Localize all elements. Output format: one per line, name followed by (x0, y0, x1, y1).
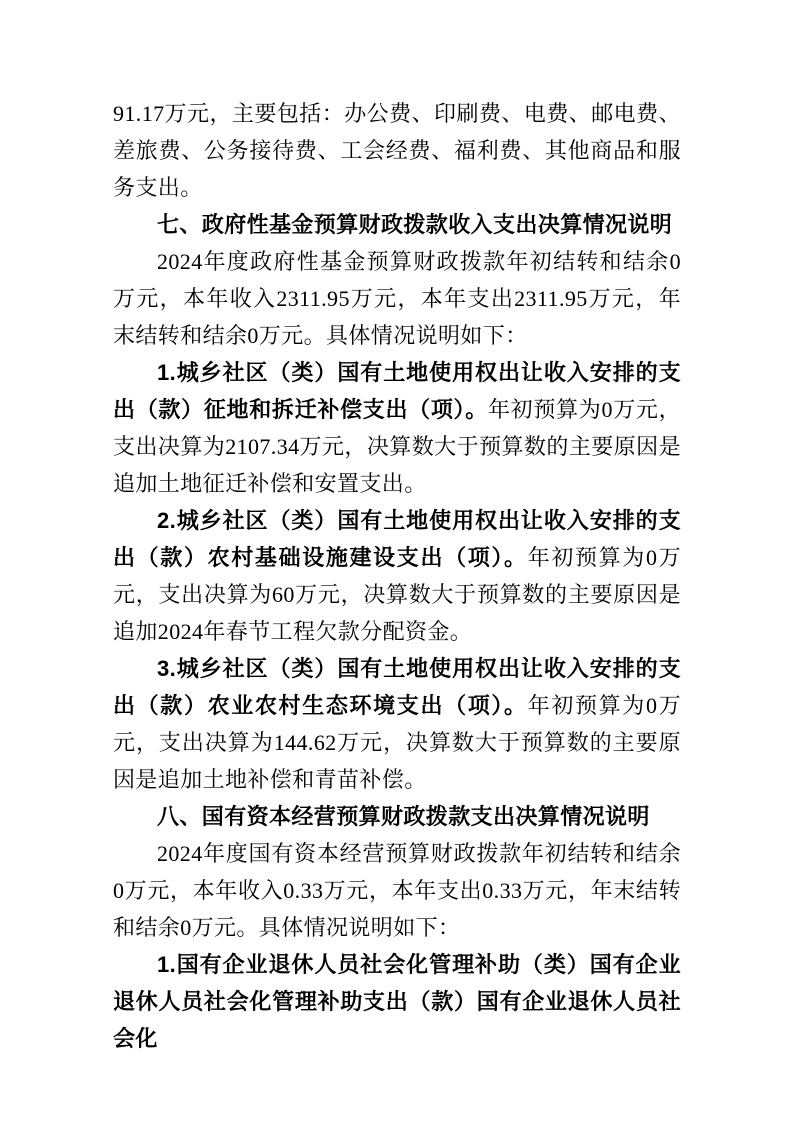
section7-item-1: 1.城乡社区（类）国有土地使用权出让收入安排的支出（款）征地和拆迁补偿支出（项）… (113, 354, 681, 502)
section8-item-1: 1.国有企业退休人员社会化管理补助（类）国有企业退休人员社会化管理补助支出（款）… (113, 946, 681, 1057)
paragraph-carryover-expense-detail: 91.17万元，主要包括：办公费、印刷费、电费、邮电费、差旅费、公务接待费、工会… (113, 95, 681, 206)
document-page: 91.17万元，主要包括：办公费、印刷费、电费、邮电费、差旅费、公务接待费、工会… (113, 95, 681, 1057)
section8-intro-paragraph: 2024年度国有资本经营预算财政拨款年初结转和结余0万元，本年收入0.33万元，… (113, 835, 681, 946)
item-lead-bold: 1.国有企业退休人员社会化管理补助（类）国有企业退休人员社会化管理补助支出（款）… (113, 952, 681, 1051)
section8-heading: 八、国有资本经营预算财政拨款支出决算情况说明 (113, 798, 681, 835)
section7-intro-paragraph: 2024年度政府性基金预算财政拨款年初结转和结余0万元，本年收入2311.95万… (113, 243, 681, 354)
section7-heading: 七、政府性基金预算财政拨款收入支出决算情况说明 (113, 206, 681, 243)
section7-item-2: 2.城乡社区（类）国有土地使用权出让收入安排的支出（款）农村基础设施建设支出（项… (113, 502, 681, 650)
section7-item-3: 3.城乡社区（类）国有土地使用权出让收入安排的支出（款）农业农村生态环境支出（项… (113, 650, 681, 798)
